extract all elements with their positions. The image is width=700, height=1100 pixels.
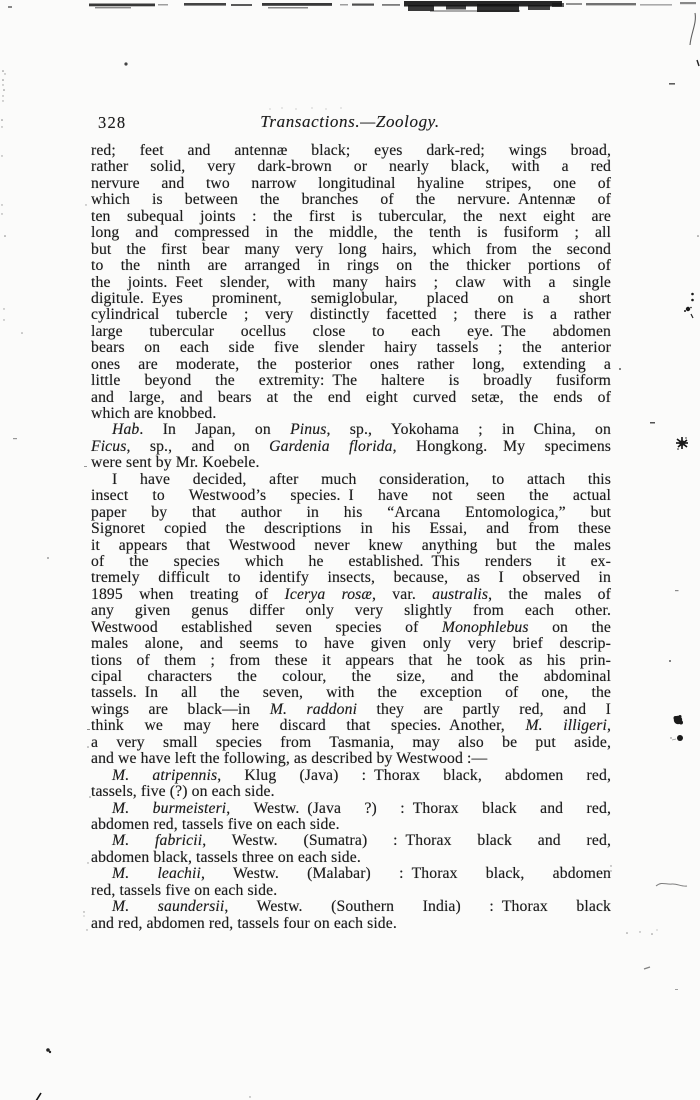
text-segment: they are partly red, and I	[357, 701, 611, 718]
text-segment: , var.	[372, 586, 432, 603]
page-body: red; feet and antennæ black; eyes dark-r…	[91, 143, 611, 932]
italic-text-segment: M. saundersii	[112, 898, 224, 915]
scanned-page: 328 Transactions.—Zoology. red; feet and…	[0, 0, 700, 1100]
text-line: of the species which he established. Thi…	[91, 554, 611, 570]
text-segment: tions of them ; from these it appears th…	[91, 652, 611, 669]
right-margin-specks	[610, 60, 699, 990]
text-line: little beyond the extremity: The haltere…	[91, 373, 611, 389]
text-line: a very small species from Tasmania, may …	[91, 735, 611, 751]
italic-text-segment: Ficus	[91, 438, 126, 455]
text-line: males alone, and seems to have given onl…	[91, 636, 611, 652]
text-line: bears on each side five slender hairy ta…	[91, 340, 611, 356]
text-segment: but the first bear many very long hairs,…	[91, 241, 611, 258]
text-segment: , sp., and on	[126, 438, 269, 455]
text-line: 1895 when treating of Icerya rosæ, var. …	[91, 587, 611, 603]
text-line: tions of them ; from these it appears th…	[91, 653, 611, 669]
paragraph: Hab. In Japan, on Pinus, sp., Yokohama ;…	[91, 422, 611, 471]
paragraph: M. burmeisteri, Westw. (Java ?) : Thorax…	[91, 801, 611, 834]
text-line: long and compressed in the middle, the t…	[91, 225, 611, 241]
text-segment: , Westw. (Southern India) : Thorax black	[224, 898, 611, 915]
text-line: rather solid, very dark-brown or nearly …	[91, 159, 611, 175]
text-segment: , the males of	[488, 586, 611, 603]
paragraph: M. atripennis, Klug (Java) : Thorax blac…	[91, 768, 611, 801]
text-segment: which is between the branches of the ner…	[91, 191, 611, 208]
text-line: Westwood established seven species of Mo…	[91, 620, 611, 636]
text-line: and large, and bears at the end eight cu…	[91, 390, 611, 406]
text-line: M. atripennis, Klug (Java) : Thorax blac…	[91, 768, 611, 784]
text-segment: I have decided, after much consideration…	[112, 471, 611, 488]
text-segment: . In Japan, on	[139, 421, 290, 438]
text-segment: tremely difficult to identify insects, b…	[91, 569, 611, 586]
text-segment: think we may here discard that species. …	[91, 717, 525, 734]
text-line: the joints. Feet slender, with many hair…	[91, 275, 611, 291]
text-line: Signoret copied the descriptions in his …	[91, 521, 611, 537]
text-segment: of the species which he established. Thi…	[91, 553, 611, 570]
text-segment: digitule. Eyes prominent, semiglobular, …	[91, 290, 611, 307]
text-line: cylindrical tubercle ; very distinctly f…	[91, 307, 611, 323]
italic-text-segment: M. leachii	[112, 865, 201, 882]
italic-text-segment: australis	[432, 586, 488, 603]
text-segment: on the	[529, 619, 611, 636]
text-line: and we have left the following, as descr…	[91, 751, 611, 767]
text-line: red, tassels five on each side.	[91, 883, 611, 899]
text-line: nervure and two narrow longitudinal hyal…	[91, 176, 611, 192]
text-line: to the ninth are arranged in rings on th…	[91, 258, 611, 274]
text-segment: any given genus differ only very slightl…	[91, 602, 611, 619]
text-line: insect to Westwood’s species. I have not…	[91, 488, 611, 504]
text-segment: , sp., Yokohama ; in China, on	[326, 421, 611, 438]
paragraph: M. saundersii, Westw. (Southern India) :…	[91, 899, 611, 932]
text-segment: , Hongkong. My specimens	[393, 438, 611, 455]
header-specks	[269, 107, 341, 109]
text-segment: insect to Westwood’s species. I have not…	[91, 487, 611, 504]
italic-text-segment: Pinus	[290, 421, 326, 438]
text-line: ten subequal joints : the first is tuber…	[91, 209, 611, 225]
text-segment: , Westw. (Sumatra) : Thorax black and re…	[202, 832, 611, 849]
text-segment: tassels. In all the seven, with the exce…	[91, 684, 611, 701]
text-segment: nervure and two narrow longitudinal hyal…	[91, 175, 611, 192]
text-line: abdomen black, tassels three on each sid…	[91, 850, 611, 866]
text-line: were sent by Mr. Koebele.	[91, 455, 611, 471]
italic-text-segment: M. burmeisteri	[112, 800, 226, 817]
text-segment: to the ninth are arranged in rings on th…	[91, 257, 611, 274]
text-segment: ten subequal joints : the first is tuber…	[91, 208, 611, 225]
text-line: tassels. In all the seven, with the exce…	[91, 685, 611, 701]
text-segment: long and compressed in the middle, the t…	[91, 224, 611, 241]
text-segment: were sent by Mr. Koebele.	[91, 454, 260, 471]
text-segment: abdomen black, tassels three on each sid…	[91, 849, 361, 866]
text-segment: red, tassels five on each side.	[91, 882, 277, 899]
text-line: wings are black—in M. raddoni they are p…	[91, 702, 611, 718]
text-segment: cipal characters the colour, the size, a…	[91, 668, 611, 685]
italic-text-segment: M. illigeri	[525, 717, 607, 734]
text-segment: ,	[607, 717, 611, 734]
text-segment: and we have left the following, as descr…	[91, 750, 487, 767]
paragraph: I have decided, after much consideration…	[91, 472, 611, 768]
text-line: M. leachii, Westw. (Malabar) : Thorax bl…	[91, 866, 611, 882]
text-line: I have decided, after much consideration…	[91, 472, 611, 488]
text-line: digitule. Eyes prominent, semiglobular, …	[91, 291, 611, 307]
text-line: ones are moderate, the posterior ones ra…	[91, 357, 611, 373]
top-edge-artifact	[8, 1, 696, 12]
text-segment: males alone, and seems to have given onl…	[91, 635, 611, 652]
paragraph: M. fabricii, Westw. (Sumatra) : Thorax b…	[91, 833, 611, 866]
text-line: think we may here discard that species. …	[91, 718, 611, 734]
text-line: any given genus differ only very slightl…	[91, 603, 611, 619]
text-segment: bears on each side five slender hairy ta…	[91, 339, 611, 356]
text-segment: , Westw. (Java ?) : Thorax black and red…	[226, 800, 611, 817]
text-line: which are knobbed.	[91, 406, 611, 422]
italic-text-segment: Gardenia florida	[269, 438, 392, 455]
italic-text-segment: M. fabricii	[112, 832, 202, 849]
text-segment: , Westw. (Malabar) : Thorax black, abdom…	[201, 865, 611, 882]
text-line: cipal characters the colour, the size, a…	[91, 669, 611, 685]
text-line: red; feet and antennæ black; eyes dark-r…	[91, 143, 611, 159]
text-line: tassels, five (?) on each side.	[91, 784, 611, 800]
text-segment: which are knobbed.	[91, 405, 216, 422]
text-line: M. fabricii, Westw. (Sumatra) : Thorax b…	[91, 833, 611, 849]
text-segment: large tubercular ocellus close to each e…	[91, 323, 611, 340]
text-segment: ones are moderate, the posterior ones ra…	[91, 356, 611, 373]
text-line: but the first bear many very long hairs,…	[91, 242, 611, 258]
text-segment: little beyond the extremity: The haltere…	[91, 372, 611, 389]
bottom-specks	[36, 929, 658, 1100]
text-segment: wings are black—in	[91, 701, 270, 718]
text-segment: a very small species from Tasmania, may …	[91, 734, 611, 751]
text-line: which is between the branches of the ner…	[91, 192, 611, 208]
text-segment: abdomen red, tassels five on each side.	[91, 816, 340, 833]
text-line: it appears that Westwood never knew anyt…	[91, 538, 611, 554]
text-line: M. burmeisteri, Westw. (Java ?) : Thorax…	[91, 801, 611, 817]
text-segment: tassels, five (?) on each side.	[91, 783, 275, 800]
text-line: large tubercular ocellus close to each e…	[91, 324, 611, 340]
text-segment: rather solid, very dark-brown or nearly …	[91, 158, 611, 175]
italic-text-segment: M. atripennis	[112, 767, 217, 784]
text-segment: and large, and bears at the end eight cu…	[91, 389, 611, 406]
running-head: Transactions.—Zoology.	[0, 112, 700, 132]
text-line: M. saundersii, Westw. (Southern India) :…	[91, 899, 611, 915]
text-segment: , Klug (Java) : Thorax black, abdomen re…	[217, 767, 611, 784]
italic-text-segment: M. raddoni	[270, 701, 357, 718]
italic-text-segment: Monophlebus	[442, 619, 529, 636]
text-line: paper by that author in his “Arcana Ento…	[91, 505, 611, 521]
hairline-artifact	[690, 13, 695, 45]
italic-text-segment: Hab	[112, 421, 139, 438]
text-segment: Signoret copied the descriptions in his …	[91, 520, 611, 537]
text-segment: and red, abdomen red, tassels four on ea…	[91, 915, 397, 932]
text-line: tremely difficult to identify insects, b…	[91, 570, 611, 586]
text-line: abdomen red, tassels five on each side.	[91, 817, 611, 833]
text-segment: Westwood established seven species of	[91, 619, 442, 636]
text-segment: paper by that author in his “Arcana Ento…	[91, 504, 611, 521]
text-segment: cylindrical tubercle ; very distinctly f…	[91, 306, 611, 323]
text-line: Ficus, sp., and on Gardenia florida, Hon…	[91, 439, 611, 455]
text-line: and red, abdomen red, tassels four on ea…	[91, 916, 611, 932]
italic-text-segment: Icerya rosæ	[285, 586, 372, 603]
text-segment: 1895 when treating of	[91, 586, 285, 603]
text-segment: red; feet and antennæ black; eyes dark-r…	[91, 142, 611, 159]
paragraph: M. leachii, Westw. (Malabar) : Thorax bl…	[91, 866, 611, 899]
paragraph: red; feet and antennæ black; eyes dark-r…	[91, 143, 611, 422]
text-segment: the joints. Feet slender, with many hair…	[91, 274, 611, 291]
text-segment: it appears that Westwood never knew anyt…	[91, 537, 611, 554]
text-line: Hab. In Japan, on Pinus, sp., Yokohama ;…	[91, 422, 611, 438]
